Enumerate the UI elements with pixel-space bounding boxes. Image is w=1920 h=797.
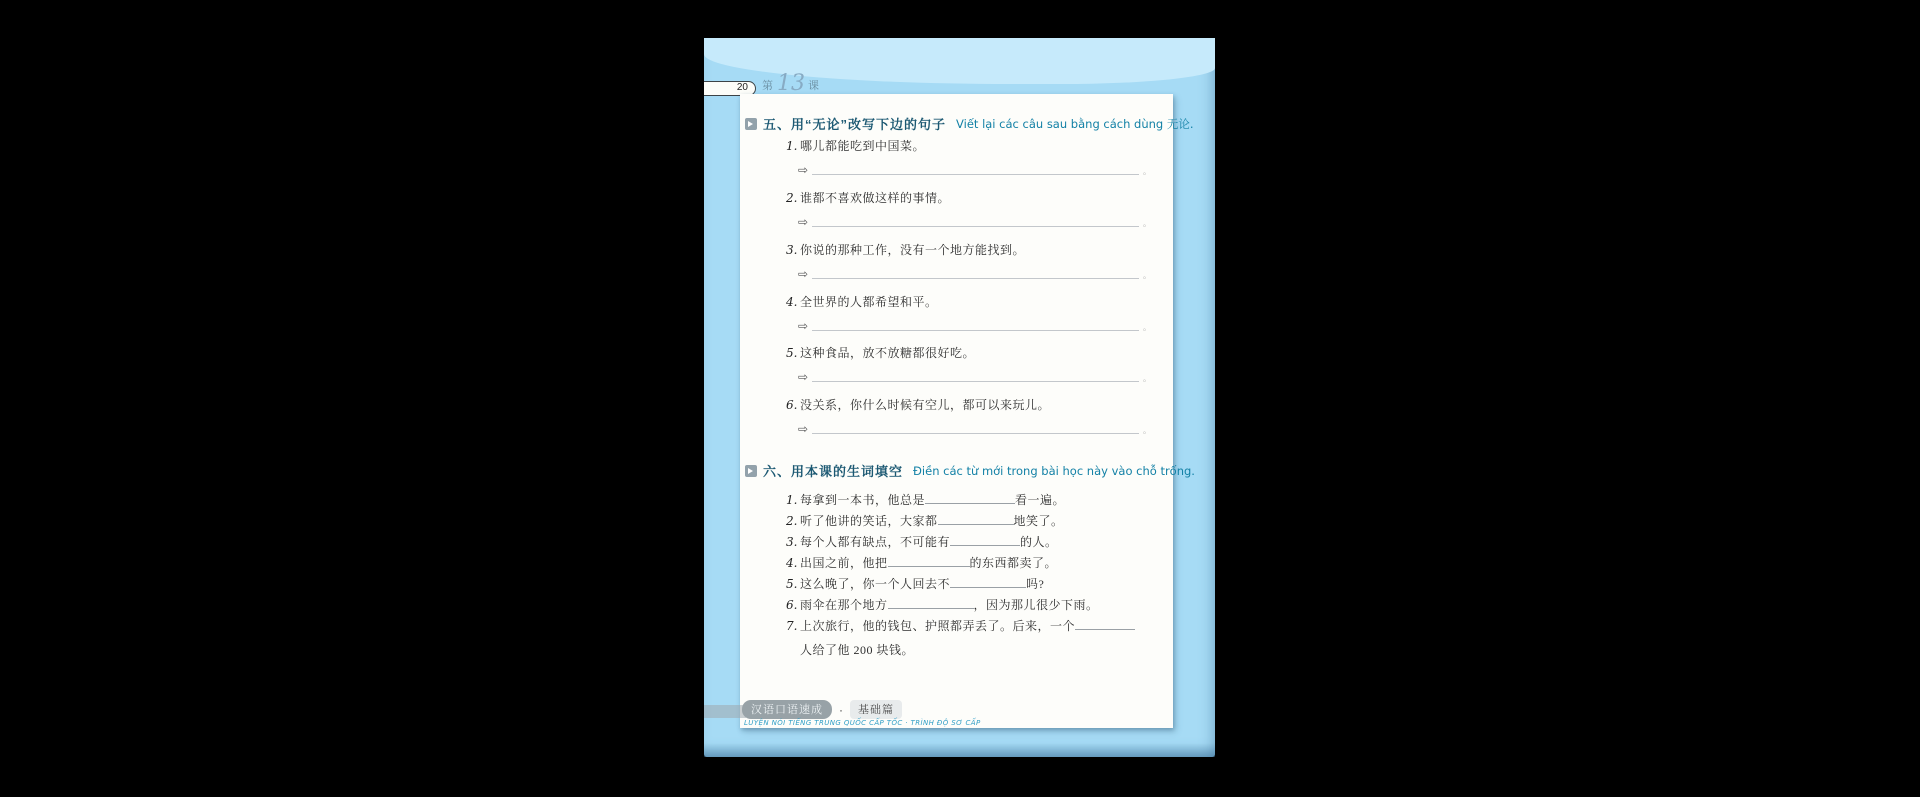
content-sheet: 五、用“无论”改写下边的句子 Viết lại các câu sau bằng…: [740, 94, 1173, 728]
lesson-prefix: 第: [762, 77, 774, 93]
answer-arrow-icon: ⇨: [798, 423, 808, 435]
item-text: 人给了他 200 块钱。: [800, 641, 914, 658]
item-text: 你说的那种工作，没有一个地方能找到。: [800, 241, 1025, 258]
fill-in-blank: [888, 554, 970, 567]
section6-subtitle-vietnamese: Điền các từ mới trong bài học này vào ch…: [913, 464, 1195, 478]
answer-write-line: [812, 316, 1139, 331]
exercise5-item: 6. 没关系，你什么时候有空儿，都可以来玩儿。: [786, 396, 1050, 413]
item-text-after: 看一遍。: [1015, 491, 1065, 508]
exercise6-item: 7. 上次旅行，他的钱包、护照都弄丢了。后来，一个: [786, 617, 1135, 634]
item-text-after: 吗?: [1026, 575, 1044, 592]
footer-band: [704, 705, 746, 718]
item-text-before: 每个人都有缺点，不可能有: [800, 533, 950, 550]
item-text-before: 每拿到一本书，他总是: [800, 491, 925, 508]
book-volume-label: 基础篇: [850, 700, 902, 719]
answer-row: ⇨ 。: [798, 420, 1151, 434]
answer-arrow-icon: ⇨: [798, 371, 808, 383]
item-text-before: 上次旅行，他的钱包、护照都弄丢了。后来，一个: [800, 617, 1075, 634]
fill-in-blank: [950, 575, 1026, 588]
item-text-before: 雨伞在那个地方: [800, 596, 888, 613]
lesson-suffix: 课: [808, 77, 820, 93]
answer-row: ⇨ 。: [798, 161, 1151, 175]
answer-row: ⇨ 。: [798, 213, 1151, 227]
section-marker-icon: [745, 465, 757, 477]
lesson-title: 第 13 课: [762, 75, 820, 95]
book-footer: 汉语口语速成 · 基础篇: [742, 700, 902, 719]
exercise6-item-continuation: 人给了他 200 块钱。: [800, 641, 914, 658]
answer-line-period: 。: [1143, 272, 1151, 280]
item-text-after: 的东西都卖了。: [970, 554, 1058, 571]
item-number: 2.: [786, 191, 800, 205]
item-text-after: ，因为那儿很少下雨。: [974, 596, 1099, 613]
item-text: 没关系，你什么时候有空儿，都可以来玩儿。: [800, 396, 1050, 413]
exercise5-item: 2. 谁都不喜欢做这样的事情。: [786, 189, 950, 206]
item-text-before: 听了他讲的笑话，大家都: [800, 512, 938, 529]
answer-write-line: [812, 160, 1139, 175]
section5-title: 五、用“无论”改写下边的句子: [763, 114, 946, 133]
exercise5-item: 4. 全世界的人都希望和平。: [786, 293, 938, 310]
exercise6-item: 5. 这么晚了，你一个人回去不 吗?: [786, 575, 1044, 592]
item-text-after: 地笑了。: [1014, 512, 1064, 529]
exercise6-item: 4. 出国之前，他把 的东西都卖了。: [786, 554, 1057, 571]
answer-line-period: 。: [1143, 324, 1151, 332]
item-text-before: 出国之前，他把: [800, 554, 888, 571]
item-number: 5.: [786, 346, 800, 360]
fill-in-blank: [938, 512, 1014, 525]
exercise6-item: 1. 每拿到一本书，他总是 看一遍。: [786, 491, 1065, 508]
item-number: 2.: [786, 514, 800, 528]
book-footer-vietnamese: LUYỆN NÓI TIẾNG TRUNG QUỐC CẤP TỐC · TRÌ…: [744, 719, 981, 727]
answer-line-period: 。: [1143, 427, 1151, 435]
book-series-title: 汉语口语速成: [742, 700, 832, 719]
section6-title: 六、用本课的生词填空: [763, 461, 903, 480]
lesson-number: 13: [777, 73, 805, 95]
answer-row: ⇨ 。: [798, 265, 1151, 279]
exercise6-item: 3. 每个人都有缺点，不可能有 的人。: [786, 533, 1058, 550]
item-text-after: 的人。: [1020, 533, 1058, 550]
answer-arrow-icon: ⇨: [798, 268, 808, 280]
answer-row: ⇨ 。: [798, 368, 1151, 382]
exercise5-item: 5. 这种食品，放不放糖都很好吃。: [786, 344, 975, 361]
answer-arrow-icon: ⇨: [798, 320, 808, 332]
exercise6-item: 6. 雨伞在那个地方 ，因为那儿很少下雨。: [786, 596, 1099, 613]
item-text: 全世界的人都希望和平。: [800, 293, 938, 310]
item-text-before: 这么晚了，你一个人回去不: [800, 575, 950, 592]
item-number: 1.: [786, 139, 800, 153]
fill-in-blank: [925, 491, 1015, 504]
item-number: 4.: [786, 556, 800, 570]
answer-line-period: 。: [1143, 220, 1151, 228]
answer-arrow-icon: ⇨: [798, 216, 808, 228]
answer-row: ⇨ 。: [798, 317, 1151, 331]
exercise5-item: 3. 你说的那种工作，没有一个地方能找到。: [786, 241, 1025, 258]
exercise6-item: 2. 听了他讲的笑话，大家都 地笑了。: [786, 512, 1064, 529]
fill-in-blank: [888, 596, 974, 609]
section5-subtitle-vietnamese: Viết lại các câu sau bằng cách dùng 无论.: [956, 116, 1194, 132]
section5-header: 五、用“无论”改写下边的句子 Viết lại các câu sau bằng…: [745, 114, 1194, 133]
item-number: 1.: [786, 493, 800, 507]
item-number: 6.: [786, 598, 800, 612]
section-marker-icon: [745, 118, 757, 130]
item-number: 6.: [786, 398, 800, 412]
item-text: 谁都不喜欢做这样的事情。: [800, 189, 950, 206]
answer-arrow-icon: ⇨: [798, 164, 808, 176]
fill-in-blank: [1075, 617, 1135, 630]
answer-write-line: [812, 212, 1139, 227]
fill-in-blank: [950, 533, 1020, 546]
answer-line-period: 。: [1143, 168, 1151, 176]
footer-separator: ·: [839, 703, 843, 717]
answer-write-line: [812, 367, 1139, 382]
page-bottom-shadow: [704, 743, 1215, 757]
answer-line-period: 。: [1143, 375, 1151, 383]
section6-header: 六、用本课的生词填空 Điền các từ mới trong bài học…: [745, 461, 1195, 480]
item-number: 3.: [786, 535, 800, 549]
item-text: 这种食品，放不放糖都很好吃。: [800, 344, 975, 361]
item-number: 7.: [786, 619, 800, 633]
answer-write-line: [812, 419, 1139, 434]
exercise5-item: 1. 哪儿都能吃到中国菜。: [786, 137, 925, 154]
item-number: 3.: [786, 243, 800, 257]
textbook-page: 20 第 13 课 五、用“无论”改写下边的句子 Viết lại các câ…: [704, 38, 1215, 757]
item-text: 哪儿都能吃到中国菜。: [800, 137, 925, 154]
answer-write-line: [812, 264, 1139, 279]
item-number: 4.: [786, 295, 800, 309]
item-number: 5.: [786, 577, 800, 591]
